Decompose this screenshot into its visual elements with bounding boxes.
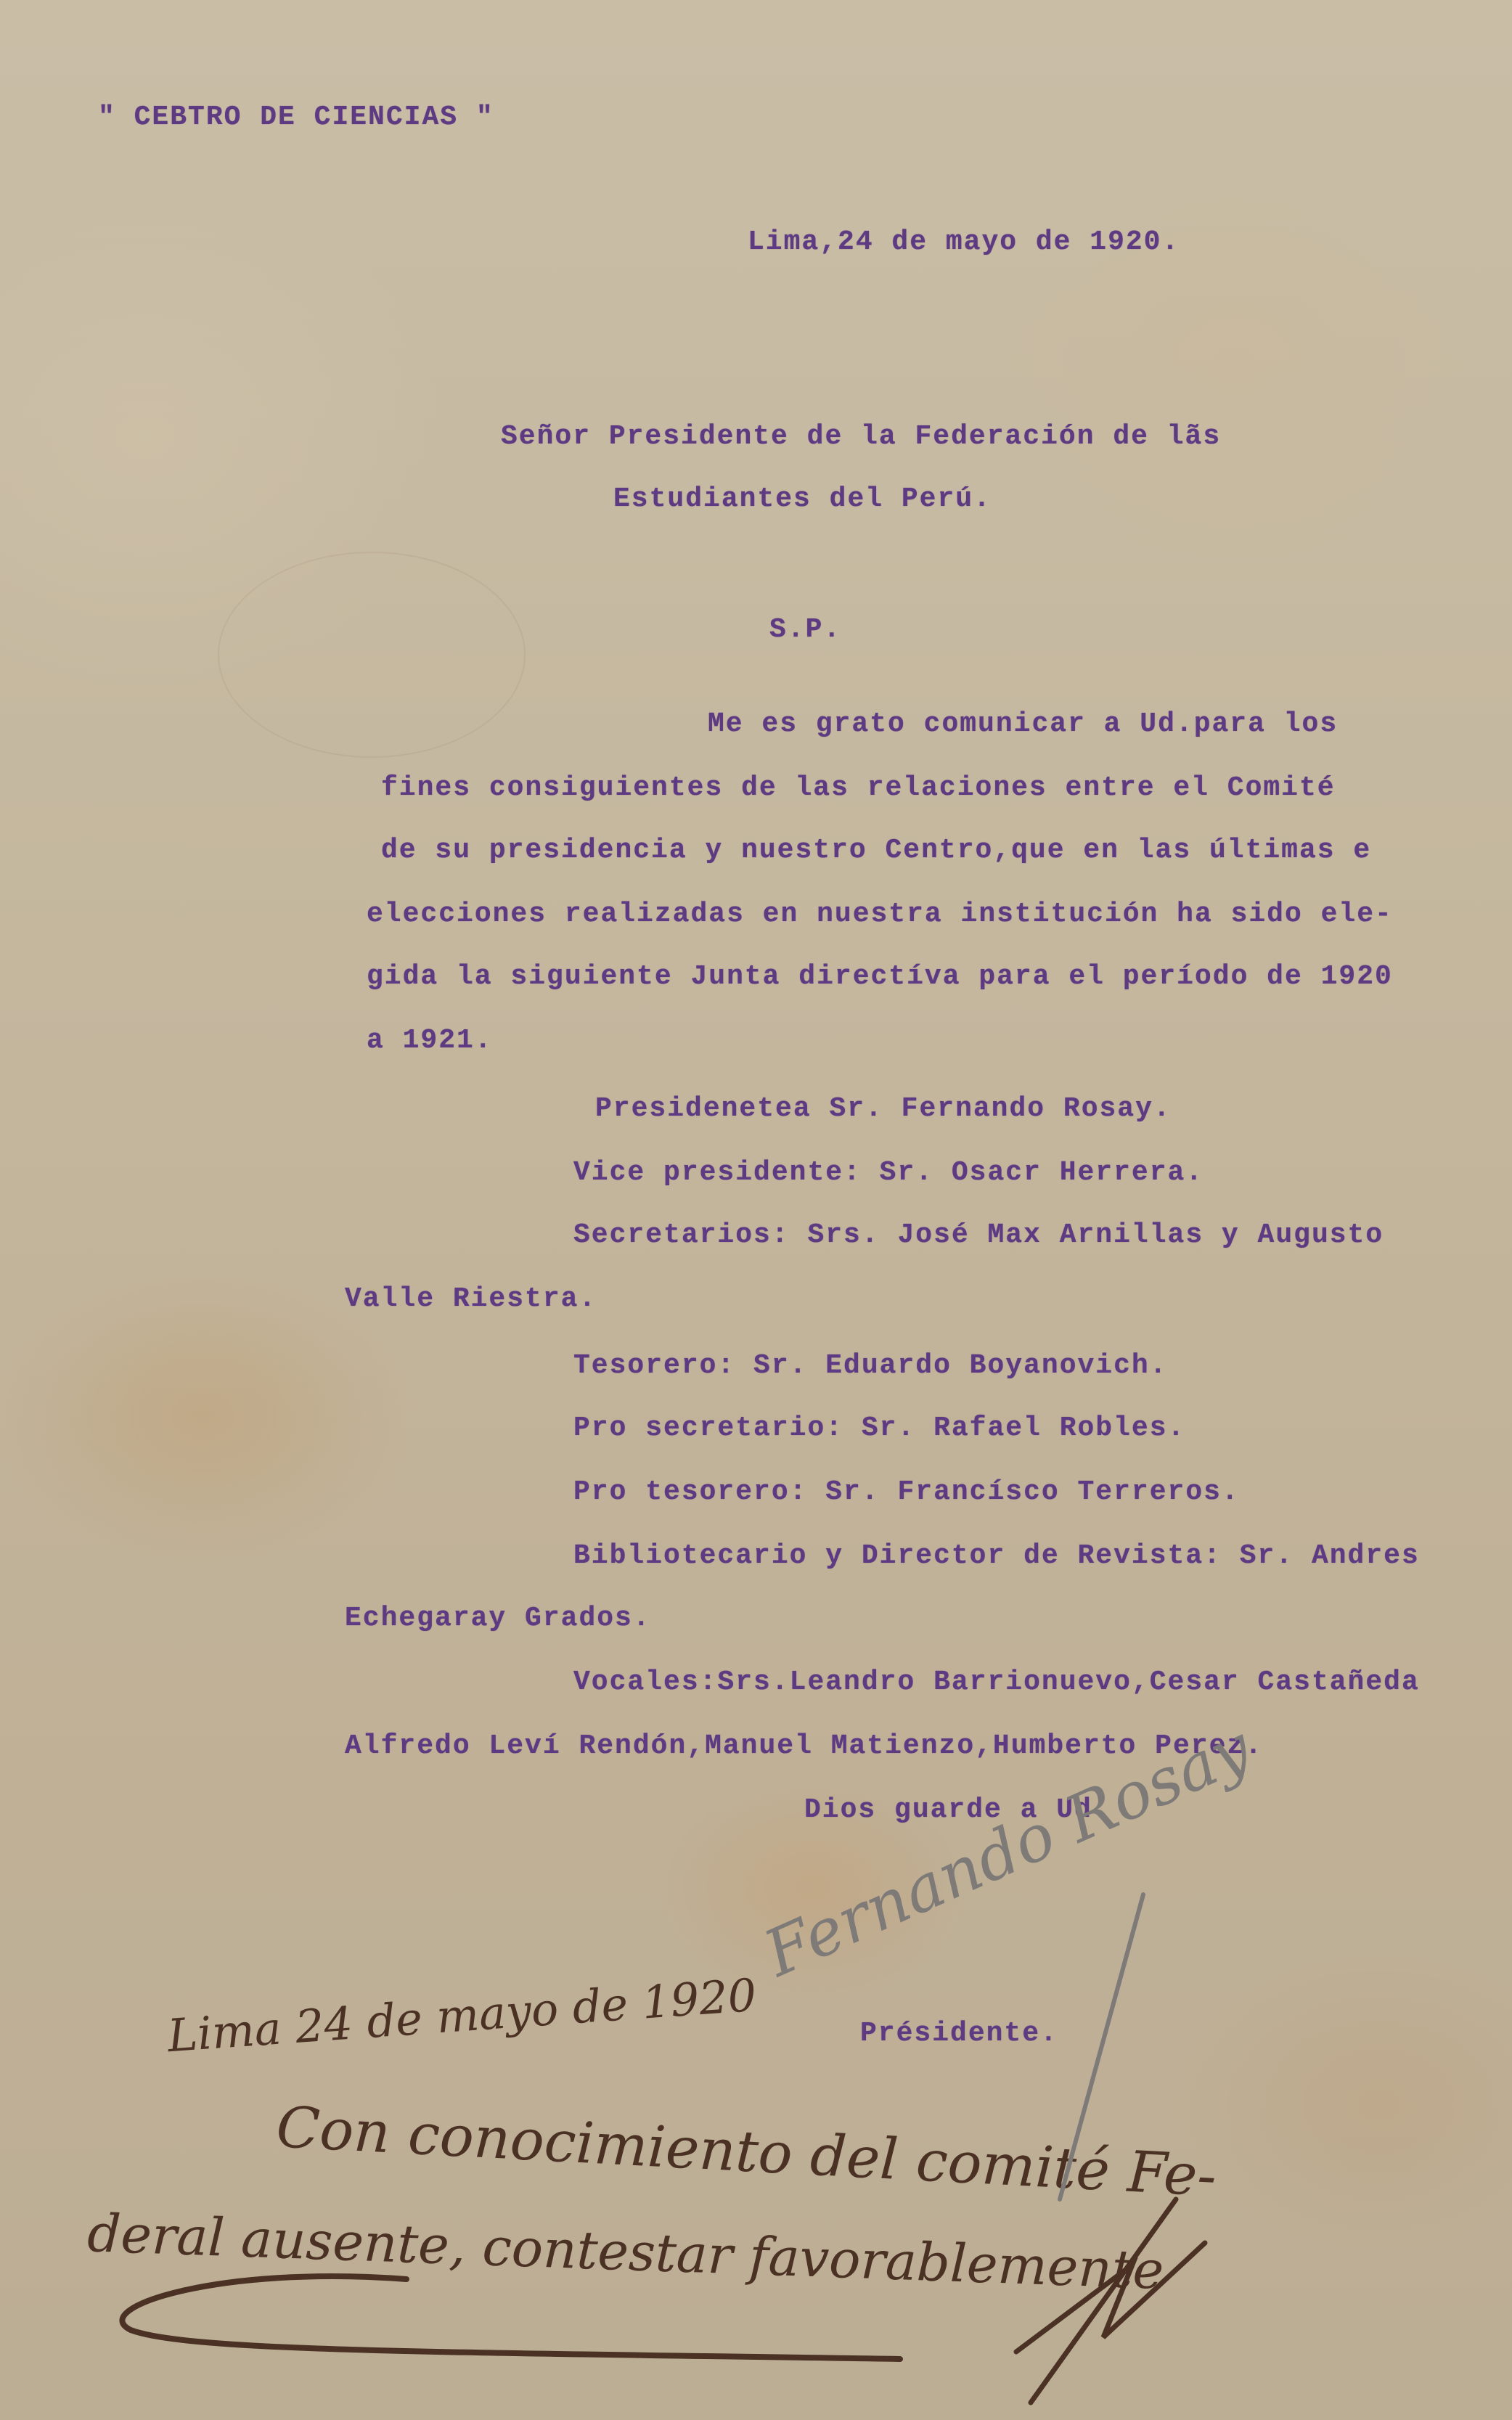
- handwritten-date: Lima 24 de mayo de 1920: [165, 1969, 758, 2063]
- signature-title: Présidente.: [860, 2018, 1058, 2050]
- handwritten-note-line-2: deral ausente, contestar favorablemente: [86, 2202, 1165, 2301]
- body-line: Me es grato comunicar a Ud.para los: [708, 708, 1338, 740]
- salutation: S.P.: [769, 614, 841, 646]
- board-vice-president: Vice presidente: Sr. Osacr Herrera.: [573, 1157, 1204, 1189]
- board-pro-treasurer: Pro tesorero: Sr. Francísco Terreros.: [573, 1476, 1240, 1508]
- board-librarian-cont: Echegaray Grados.: [345, 1603, 651, 1635]
- initials-scribble-icon: [1016, 2199, 1205, 2403]
- addressee-line-2: Estudiantes del Perú.: [613, 483, 992, 515]
- board-treasurer: Tesorero: Sr. Eduardo Boyanovich.: [573, 1350, 1168, 1382]
- board-pro-secretary: Pro secretario: Sr. Rafael Robles.: [573, 1413, 1185, 1444]
- embossed-seal-watermark: [218, 552, 526, 758]
- board-librarian: Bibliotecario y Director de Revista: Sr.…: [573, 1540, 1420, 1572]
- body-line: fines consiguientes de las relaciones en…: [381, 772, 1336, 804]
- body-line: elecciones realizadas en nuestra institu…: [367, 899, 1393, 931]
- letter-page: " CEBTRO DE CIENCIAS " Lima,24 de mayo d…: [0, 0, 1512, 2420]
- date-line: Lima,24 de mayo de 1920.: [748, 226, 1180, 258]
- board-secretaries: Secretarios: Srs. José Max Arnillas y Au…: [573, 1219, 1384, 1251]
- ink-flourish-icon: [122, 2276, 900, 2359]
- addressee-line-1: Señor Presidente de la Federación de lãs: [501, 421, 1221, 453]
- body-line: gida la siguiente Junta directíva para e…: [367, 961, 1393, 993]
- board-vocales: Vocales:Srs.Leandro Barrionuevo,Cesar Ca…: [573, 1667, 1420, 1699]
- body-line: a 1921.: [367, 1025, 493, 1057]
- letterhead: " CEBTRO DE CIENCIAS ": [98, 102, 494, 134]
- handwritten-note-line-1: Con conocimiento del comité Fe-: [275, 2095, 1219, 2210]
- board-president: Presidenetea Sr. Fernando Rosay.: [595, 1093, 1172, 1125]
- body-line: de su presidencia y nuestro Centro,que e…: [381, 835, 1371, 867]
- board-secretaries-cont: Valle Riestra.: [345, 1283, 597, 1315]
